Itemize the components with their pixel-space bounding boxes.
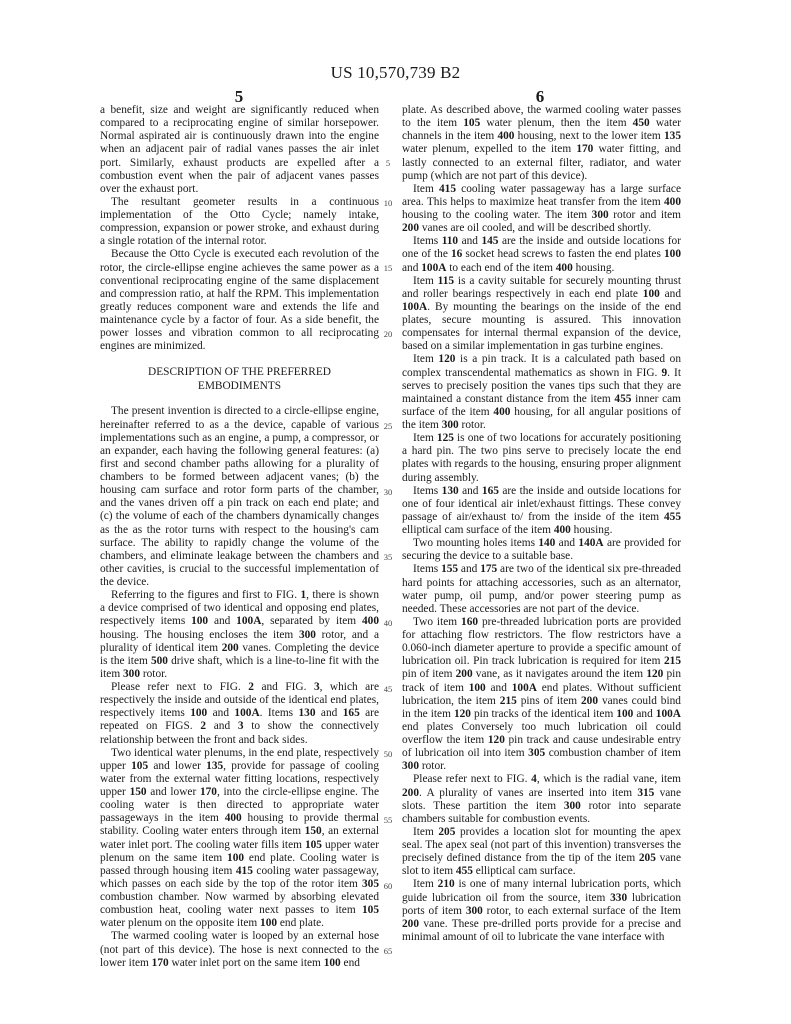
reference-numeral: 170 [152,957,169,969]
text-run: vane. These pre-drilled ports provide fo… [402,918,681,943]
text-run: . By mounting the bearings on the inside… [402,301,681,352]
line-number: 35 [380,552,396,562]
right-text-column: plate. As described above, the warmed co… [402,104,681,944]
reference-numeral: 100 [643,288,660,300]
reference-numeral: 315 [637,787,654,799]
reference-numeral: 120 [488,734,505,746]
text-run: and [207,707,234,719]
reference-numeral: 100A [656,708,681,720]
reference-numeral: 300 [442,419,459,431]
reference-numeral: 100 [664,248,681,260]
text-run: Item [413,275,438,287]
paragraph: Item 210 is one of many internal lubrica… [402,878,681,944]
reference-numeral: 200 [402,787,419,799]
left-text-column: a benefit, size and weight are significa… [100,104,379,970]
reference-numeral: 16 [451,248,462,260]
reference-numeral: 200 [222,642,239,654]
text-run: and lower [148,760,206,772]
reference-numeral: 100 [190,707,207,719]
reference-numeral: 130 [442,485,459,497]
reference-numeral: 165 [482,485,499,497]
reference-numeral: 215 [500,695,517,707]
text-run: and [486,682,512,694]
text-run: Items [413,235,442,247]
paragraph: Item 205 provides a location slot for mo… [402,826,681,879]
reference-numeral: 120 [454,708,471,720]
reference-numeral: 165 [343,707,360,719]
paragraph: The present invention is directed to a c… [100,405,379,589]
reference-numeral: 100 [260,917,277,929]
text-run: and [206,720,238,732]
text-run: Items [413,563,441,575]
text-run: water inlet port on the same item [169,957,324,969]
paragraph: Item 115 is a cavity suitable for secure… [402,275,681,354]
text-run: and [316,707,343,719]
text-run: pin tracks of the identical item [471,708,616,720]
reference-numeral: 200 [456,668,473,680]
reference-numeral: 300 [466,905,483,917]
reference-numeral: 455 [664,511,681,523]
reference-numeral: 100A [402,301,427,313]
text-run: and [402,262,421,274]
text-run: combustion chamber of item [545,747,681,759]
reference-numeral: 100A [236,615,261,627]
patent-number: US 10,570,739 B2 [0,63,791,83]
line-number: 65 [380,946,396,956]
text-run: Item [413,183,439,195]
line-number: 20 [380,329,396,339]
text-run: and [458,235,481,247]
reference-numeral: 215 [664,655,681,667]
reference-numeral: 200 [402,222,419,234]
text-run: housing. The housing encloses the item [100,629,299,641]
reference-numeral: 145 [481,235,498,247]
reference-numeral: 205 [639,852,656,864]
reference-numeral: 450 [633,117,650,129]
reference-numeral: 135 [206,760,223,772]
paragraph: Item 125 is one of two locations for acc… [402,432,681,485]
paragraph: The warmed cooling water is looped by an… [100,930,379,969]
reference-numeral: 300 [592,209,609,221]
text-run: and FIG. [254,681,314,693]
reference-numeral: 100 [616,708,633,720]
text-run: , separated by item [261,615,362,627]
text-run: Please refer next to FIG. [413,773,531,785]
section-heading-line: DESCRIPTION OF THE PREFERRED [100,365,379,379]
line-number: 55 [380,815,396,825]
reference-numeral: 100A [234,707,259,719]
text-run: rotor, to each external surface of the I… [483,905,681,917]
text-run: and [633,708,655,720]
reference-numeral: 100 [191,615,208,627]
paragraph: Two mounting holes items 140 and 140A ar… [402,537,681,563]
paragraph: Referring to the figures and first to FI… [100,589,379,681]
reference-numeral: 415 [236,865,253,877]
text-run: Item [413,826,438,838]
paragraph: The resultant geometer results in a cont… [100,196,379,249]
reference-numeral: 100 [227,852,244,864]
reference-numeral: 105 [131,760,148,772]
line-number: 60 [380,881,396,891]
text-run: . Items [260,707,299,719]
text-run: , which is the radial vane, item [537,773,681,785]
paragraph: Item 120 is a pin track. It is a calcula… [402,353,681,432]
line-number: 15 [380,263,396,273]
reference-numeral: 400 [497,130,514,142]
paragraph: Please refer next to FIG. 4, which is th… [402,773,681,826]
text-run: end [341,957,360,969]
text-run: end plate. [277,917,324,929]
text-run: elliptical cam surface of the item [402,524,554,536]
reference-numeral: 105 [305,839,322,851]
text-run: Item [413,878,438,890]
reference-numeral: 120 [646,668,663,680]
text-run: water plenum, then the item [480,117,632,129]
line-number: 30 [380,487,396,497]
reference-numeral: 135 [664,130,681,142]
text-run: housing to the cooling water. The item [402,209,592,221]
reference-numeral: 300 [299,629,316,641]
reference-numeral: 205 [438,826,455,838]
paragraph: Item 415 cooling water passageway has a … [402,183,681,236]
text-run: water plenum, expelled to the item [402,143,576,155]
reference-numeral: 400 [556,262,573,274]
reference-numeral: 400 [554,524,571,536]
reference-numeral: 300 [402,760,419,772]
text-run: rotor. [419,760,446,772]
reference-numeral: 400 [225,812,242,824]
text-run: Two item [413,616,461,628]
reference-numeral: 100 [469,682,486,694]
reference-numeral: 100A [421,262,446,274]
reference-numeral: 305 [362,878,379,890]
text-run: Referring to the figures and first to FI… [111,589,300,601]
reference-numeral: 330 [610,892,627,904]
reference-numeral: 140 [538,537,555,549]
text-run: Please refer next to FIG. [111,681,248,693]
reference-numeral: 305 [528,747,545,759]
reference-numeral: 150 [130,786,147,798]
reference-numeral: 170 [576,143,593,155]
reference-numeral: 115 [438,275,454,287]
reference-numeral: 105 [463,117,480,129]
text-run: pins of item [517,695,581,707]
paragraph: Items 155 and 175 are two of the identic… [402,563,681,616]
reference-numeral: 150 [305,825,322,837]
text-run: housing. [573,262,615,274]
reference-numeral: 170 [200,786,217,798]
text-run: vane, as it navigates around the item [473,668,647,680]
reference-numeral: 200 [581,695,598,707]
reference-numeral: 415 [439,183,456,195]
reference-numeral: 175 [480,563,497,575]
reference-numeral: 125 [437,432,454,444]
paragraph: Please refer next to FIG. 2 and FIG. 3, … [100,681,379,747]
text-run: and lower [147,786,200,798]
line-number: 50 [380,749,396,759]
reference-numeral: 455 [456,865,473,877]
reference-numeral: 155 [441,563,458,575]
text-run: elliptical cam surface. [473,865,576,877]
paragraph: a benefit, size and weight are significa… [100,104,379,196]
reference-numeral: 100A [512,682,537,694]
reference-numeral: 400 [362,615,379,627]
reference-numeral: 400 [493,406,510,418]
text-run: and [459,485,482,497]
reference-numeral: 160 [461,616,478,628]
text-run: housing. [571,524,613,536]
text-run: socket head screws to fasten the end pla… [462,248,664,260]
paragraph: Items 110 and 145 are the inside and out… [402,235,681,274]
reference-numeral: 110 [442,235,458,247]
text-run: housing, next to the lower item [514,130,664,142]
line-number: 40 [380,618,396,628]
reference-numeral: 100 [324,957,341,969]
text-run: Two mounting holes items [413,537,538,549]
reference-numeral: 210 [438,878,455,890]
paragraph: Two item 160 pre-threaded lubrication po… [402,616,681,774]
text-run: to each end of the item [446,262,555,274]
reference-numeral: 455 [614,393,631,405]
line-number: 10 [380,198,396,208]
reference-numeral: 140A [578,537,603,549]
reference-numeral: 130 [299,707,316,719]
text-run: water plenum on the opposite item [100,917,260,929]
text-run: and [458,563,480,575]
text-run: rotor. [140,668,167,680]
paragraph: Two identical water plenums, in the end … [100,747,379,931]
text-run: pin of item [402,668,456,680]
reference-numeral: 400 [664,196,681,208]
reference-numeral: 200 [402,918,419,930]
text-run: and [660,288,681,300]
text-run: Item [413,353,438,365]
text-run: rotor and item [609,209,681,221]
text-run: Item [413,432,437,444]
reference-numeral: 105 [362,904,379,916]
text-run: Items [413,485,442,497]
reference-numeral: 300 [564,800,581,812]
reference-numeral: 500 [151,655,168,667]
line-number: 25 [380,421,396,431]
text-run: vanes are oil cooled, and will be descri… [419,222,651,234]
section-heading-line: EMBODIMENTS [100,379,379,393]
text-run: and [208,615,236,627]
paragraph: Items 130 and 165 are the inside and out… [402,485,681,538]
paragraph: Because the Otto Cycle is executed each … [100,248,379,353]
reference-numeral: 120 [438,353,455,365]
text-run: . A plurality of vanes are inserted into… [419,787,637,799]
line-number: 45 [380,684,396,694]
text-run: rotor. [459,419,486,431]
line-number: 5 [380,158,396,168]
section-heading: DESCRIPTION OF THE PREFERRED EMBODIMENTS [100,365,379,393]
text-run: combustion chamber. Now warmed by absorb… [100,891,379,916]
reference-numeral: 300 [123,668,140,680]
paragraph: plate. As described above, the warmed co… [402,104,681,183]
text-run: and [555,537,578,549]
